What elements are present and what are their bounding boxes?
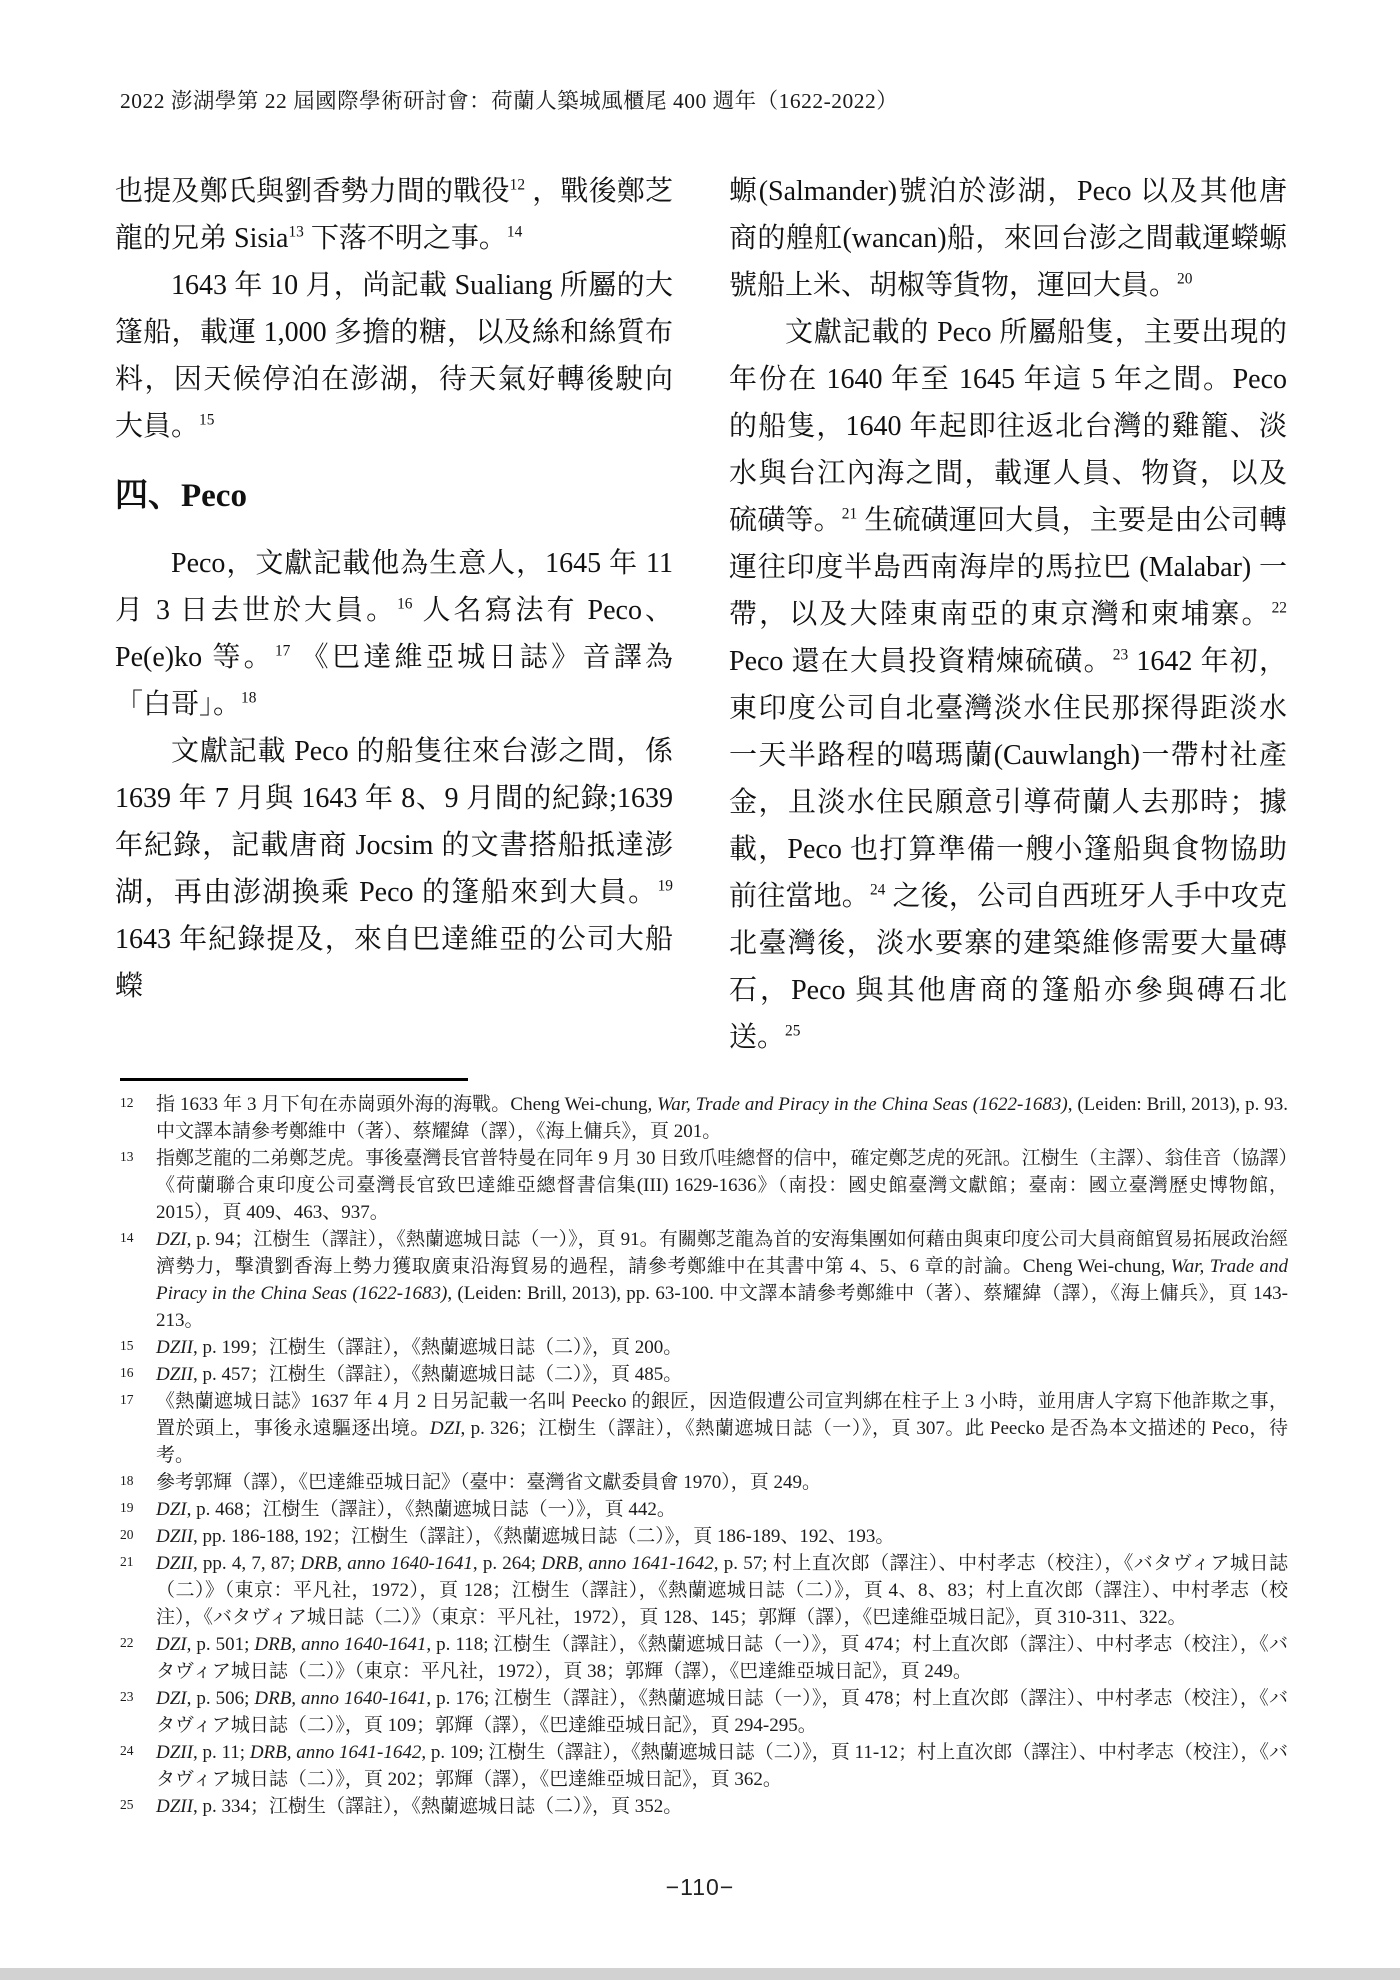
footnote-number: 25 — [120, 1791, 134, 1818]
footnote-text: 指 1633 年 3 月下旬在赤崗頭外海的海戰。Cheng Wei-chung,… — [156, 1094, 1288, 1142]
footnote-ref: 16 — [397, 595, 412, 612]
footnote-item: 21DZII, pp. 4, 7, 87; DRB, anno 1640-164… — [120, 1550, 1288, 1631]
paragraph: Peco，文獻記載他為生意人，1645 年 11 月 3 日去世於大員。16 人… — [115, 540, 673, 728]
footnote-number: 24 — [120, 1737, 134, 1764]
footnote-text: 指鄭芝龍的二弟鄭芝虎。事後臺灣長官普特曼在同年 9 月 30 日致爪哇總督的信中… — [156, 1148, 1288, 1223]
body-columns: 也提及鄭氏與劉香勢力間的戰役12 ，戰後鄭芝龍的兄弟 Sisia13 下落不明之… — [115, 168, 1287, 1061]
footnote-number: 18 — [120, 1467, 134, 1494]
paragraph: 文獻記載的 Peco 所屬船隻，主要出現的年份在 1640 年至 1645 年這… — [729, 309, 1287, 1061]
footnote-number: 17 — [120, 1386, 134, 1413]
document-page: 2022 澎湖學第 22 屆國際學術研討會：荷蘭人築城風櫃尾 400 週年（16… — [0, 0, 1400, 1980]
footnote-item: 20DZII, pp. 186-188, 192；江樹生（譯註），《熱蘭遮城日誌… — [120, 1523, 1288, 1550]
footnote-ref: 25 — [785, 1023, 800, 1040]
footnote-item: 12指 1633 年 3 月下旬在赤崗頭外海的海戰。Cheng Wei-chun… — [120, 1091, 1288, 1145]
footnote-divider — [120, 1078, 468, 1081]
footnote-text: DZII, p. 199；江樹生（譯註），《熱蘭遮城日誌（二）》，頁 200。 — [156, 1337, 682, 1358]
section-heading: 四、Peco — [115, 477, 673, 517]
footnote-item: 14DZI, p. 94；江樹生（譯註），《熱蘭遮城日誌（一）》，頁 91。有關… — [120, 1226, 1288, 1334]
footnote-text: DZII, p. 334；江樹生（譯註），《熱蘭遮城日誌（二）》，頁 352。 — [156, 1796, 682, 1817]
paragraph: 也提及鄭氏與劉香勢力間的戰役12 ，戰後鄭芝龍的兄弟 Sisia13 下落不明之… — [115, 168, 673, 262]
paragraph: 螈(Salmander)號泊於澎湖，Peco 以及其他唐商的艎舡(wancan)… — [729, 168, 1287, 309]
footnote-text: DZI, p. 501; DRB, anno 1640-1641, p. 118… — [156, 1634, 1288, 1682]
footnote-text: DZII, p. 11; DRB, anno 1641-1642, p. 109… — [156, 1742, 1288, 1790]
footnote-text: 《熱蘭遮城日誌》1637 年 4 月 2 日另記載一名叫 Peecko 的銀匠，… — [156, 1391, 1288, 1466]
footnote-number: 14 — [120, 1224, 134, 1251]
footnote-number: 15 — [120, 1332, 134, 1359]
footnote-ref: 12 — [510, 177, 525, 194]
footnote-number: 16 — [120, 1359, 134, 1386]
footnotes-list: 12指 1633 年 3 月下旬在赤崗頭外海的海戰。Cheng Wei-chun… — [120, 1091, 1288, 1820]
right-column: 螈(Salmander)號泊於澎湖，Peco 以及其他唐商的艎舡(wancan)… — [729, 168, 1287, 1061]
footnote-number: 12 — [120, 1089, 134, 1116]
footnote-text: DZI, p. 506; DRB, anno 1640-1641, p. 176… — [156, 1688, 1288, 1736]
footnote-item: 19DZI, p. 468；江樹生（譯註），《熱蘭遮城日誌（一）》，頁 442。 — [120, 1496, 1288, 1523]
footnote-ref: 18 — [241, 689, 256, 706]
footnote-number: 20 — [120, 1521, 134, 1548]
footnote-item: 23DZI, p. 506; DRB, anno 1640-1641, p. 1… — [120, 1685, 1288, 1739]
page-number: −110− — [0, 1874, 1400, 1901]
footnote-item: 13指鄭芝龍的二弟鄭芝虎。事後臺灣長官普特曼在同年 9 月 30 日致爪哇總督的… — [120, 1145, 1288, 1226]
footnote-number: 19 — [120, 1494, 134, 1521]
footnote-ref: 20 — [1177, 271, 1192, 288]
footnote-ref: 23 — [1113, 647, 1128, 664]
footnote-number: 22 — [120, 1629, 134, 1656]
footnote-text: 參考郭輝（譯），《巴達維亞城日記》（臺中：臺灣省文獻委員會 1970），頁 24… — [156, 1472, 821, 1493]
paragraph: 1643 年 10 月，尚記載 Sualiang 所屬的大篷船，載運 1,000… — [115, 262, 673, 450]
footnote-ref: 14 — [507, 224, 522, 241]
footnote-ref: 17 — [275, 642, 290, 659]
footnote-number: 13 — [120, 1143, 134, 1170]
footnote-ref: 19 — [658, 877, 673, 894]
footnote-number: 21 — [120, 1548, 134, 1575]
left-column: 也提及鄭氏與劉香勢力間的戰役12 ，戰後鄭芝龍的兄弟 Sisia13 下落不明之… — [115, 168, 673, 1061]
footnote-ref: 21 — [842, 506, 857, 523]
footnote-text: DZII, pp. 4, 7, 87; DRB, anno 1640-1641,… — [156, 1553, 1288, 1628]
footnote-number: 23 — [120, 1683, 134, 1710]
footnote-ref: 13 — [288, 224, 303, 241]
running-header: 2022 澎湖學第 22 屆國際學術研討會：荷蘭人築城風櫃尾 400 週年（16… — [120, 84, 1310, 115]
footnote-item: 17《熱蘭遮城日誌》1637 年 4 月 2 日另記載一名叫 Peecko 的銀… — [120, 1388, 1288, 1469]
footnote-item: 24DZII, p. 11; DRB, anno 1641-1642, p. 1… — [120, 1739, 1288, 1793]
footnote-item: 25DZII, p. 334；江樹生（譯註），《熱蘭遮城日誌（二）》，頁 352… — [120, 1793, 1288, 1820]
scan-edge — [0, 1968, 1400, 1980]
footnote-item: 18參考郭輝（譯），《巴達維亞城日記》（臺中：臺灣省文獻委員會 1970），頁 … — [120, 1469, 1288, 1496]
footnote-text: DZI, p. 468；江樹生（譯註），《熱蘭遮城日誌（一）》，頁 442。 — [156, 1499, 676, 1520]
footnote-text: DZII, p. 457；江樹生（譯註），《熱蘭遮城日誌（二）》，頁 485。 — [156, 1364, 682, 1385]
footnote-ref: 22 — [1272, 600, 1287, 617]
footnote-item: 22DZI, p. 501; DRB, anno 1640-1641, p. 1… — [120, 1631, 1288, 1685]
footnote-item: 15DZII, p. 199；江樹生（譯註），《熱蘭遮城日誌（二）》，頁 200… — [120, 1334, 1288, 1361]
footnote-text: DZII, pp. 186-188, 192；江樹生（譯註），《熱蘭遮城日誌（二… — [156, 1526, 894, 1547]
paragraph: 文獻記載 Peco 的船隻往來台澎之間，係 1639 年 7 月與 1643 年… — [115, 728, 673, 1010]
footnote-ref: 15 — [199, 412, 214, 429]
footnote-item: 16DZII, p. 457；江樹生（譯註），《熱蘭遮城日誌（二）》，頁 485… — [120, 1361, 1288, 1388]
footnote-text: DZI, p. 94；江樹生（譯註），《熱蘭遮城日誌（一）》，頁 91。有關鄭芝… — [156, 1229, 1288, 1331]
footnote-ref: 24 — [870, 882, 885, 899]
